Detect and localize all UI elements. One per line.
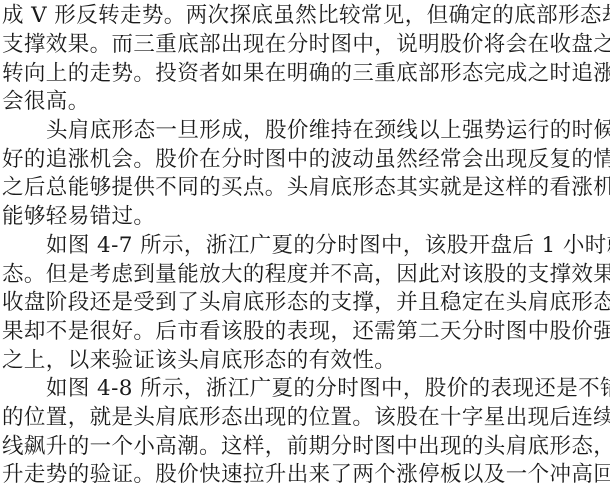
text-line: 转向上的走势。投资者如果在明确的三重底部形态完成之时追涨，获利的概率将 (2, 59, 607, 88)
text-line: 之后总能够提供不同的买点。头肩底形态其实就是这样的看涨机会，散户显然不 (2, 173, 607, 202)
text-line: 的位置，就是头肩底形态出现的位置。该股在十字星出现后连续拉升，完成了短 (2, 403, 607, 432)
text-line: 头肩底形态一旦形成，股价维持在颈线以上强势运行的时候，是投资者比较 (46, 116, 607, 145)
text-line: 支撑效果。而三重底部出现在分时图中，说明股价将会在收盘之时出现明确的反 (2, 30, 607, 59)
text-line: 成 V 形反转走势。两次探底虽然比较常见，但确定的底部形态却不一定有很强的 (2, 1, 607, 30)
text-line: 线飙升的一个小高潮。这样，前期分时图中出现的头肩底形态，就得到了该股飙 (2, 432, 607, 461)
text-line: 收盘阶段还是受到了头肩底形态的支撑，并且稳定在头肩底形态之上，但支撑效 (2, 288, 607, 317)
text-line: 好的追涨机会。股价在分时图中的波动虽然经常会出现反复的情况，屡次被确认 (2, 145, 607, 174)
text-line: 如图 4-8 所示，浙江广夏的分时图中，股价的表现还是不错的。十字星出现 (46, 374, 607, 403)
text-line: 如图 4-7 所示，浙江广夏的分时图中，该股开盘后 1 小时就完成了头肩底形 (46, 231, 607, 260)
text-line: 之上，以来验证该头肩底形态的有效性。 (2, 346, 396, 375)
text-line: 能够轻易错过。 (2, 202, 155, 231)
text-line: 升走势的验证。股价快速拉升出来了两个涨停板以及一个冲高回落的大阴线，说 (2, 460, 607, 488)
text-line: 果却不是很好。后市看该股的表现，还需第二天分时图中股价强势运行在收盘价 (2, 317, 607, 346)
text-line: 会很高。 (2, 87, 90, 116)
text-line: 态。但是考虑到量能放大的程度并不高，因此对该股的支撑效果有限。虽然股价 (2, 260, 607, 289)
